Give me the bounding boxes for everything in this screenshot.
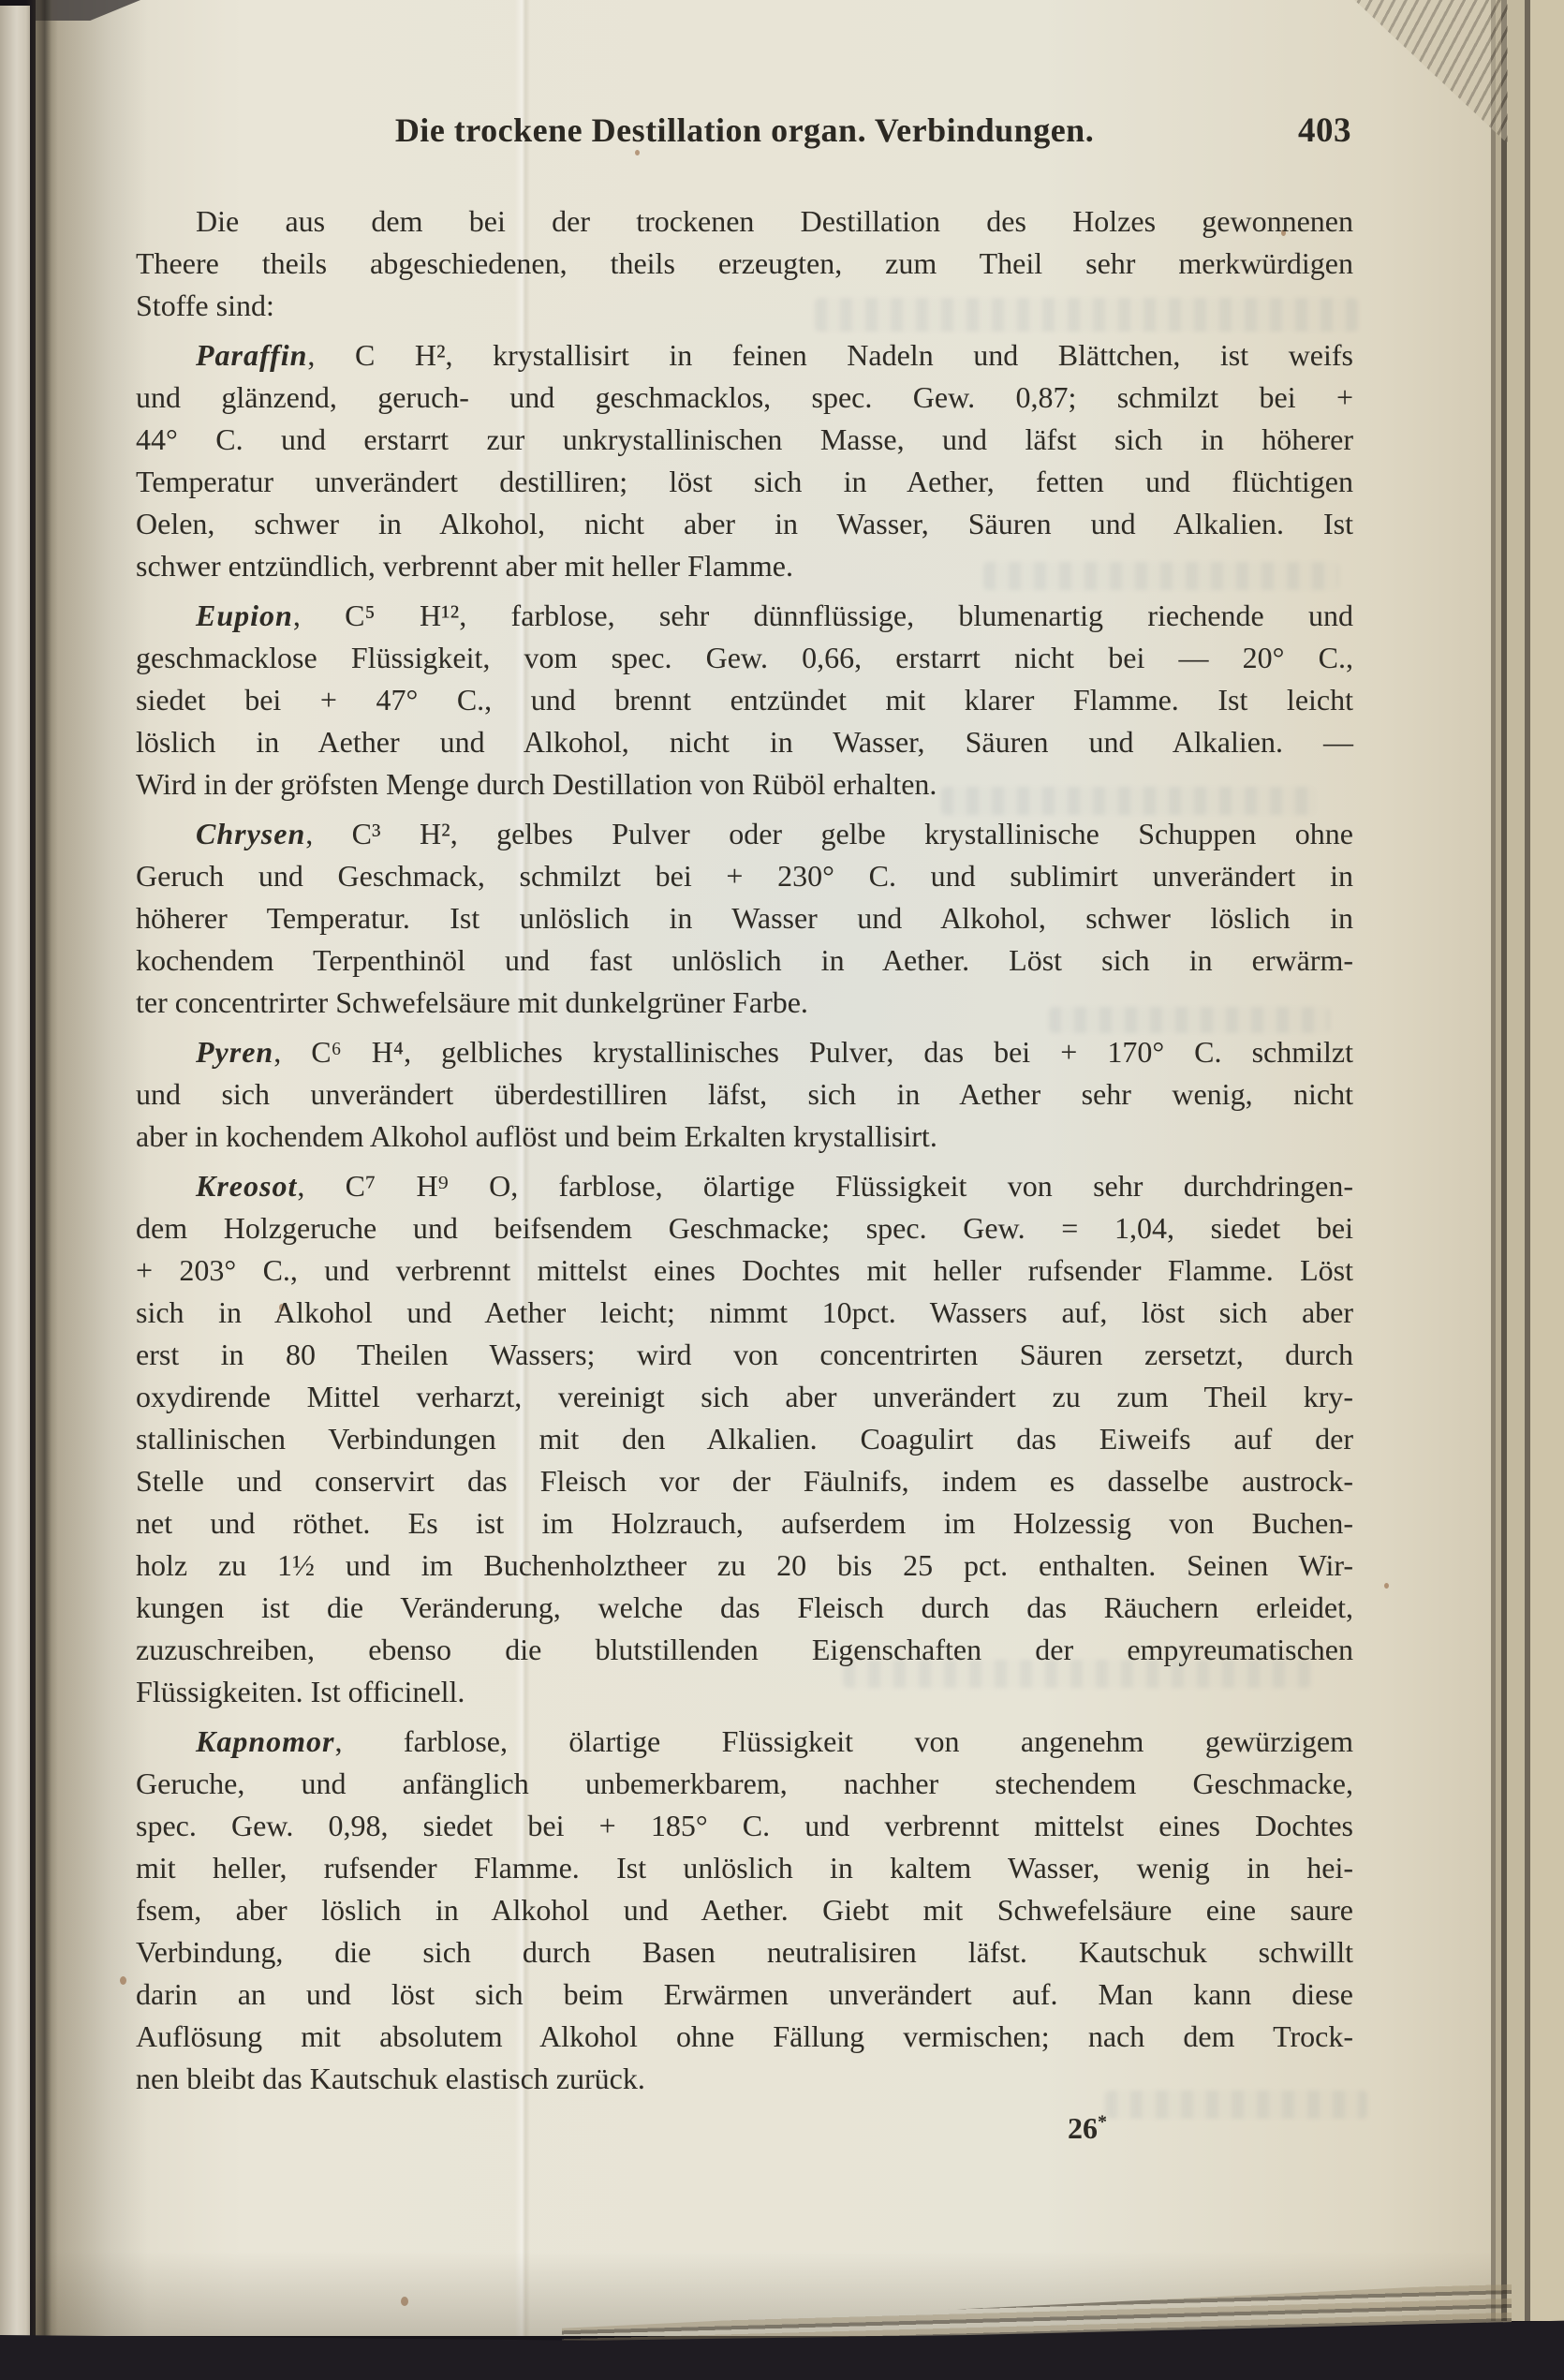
text-line: geschmacklose Flüssigkeit, vom spec. Gew… [136,637,1353,679]
text-line: kochendem Terpenthinöl und fast unlöslic… [136,939,1353,982]
text-line: net und röthet. Es ist im Holzrauch, auf… [136,1502,1353,1545]
text-line: Verbindung, die sich durch Basen neutral… [136,1931,1353,1973]
text-line: Die aus dem bei der trockenen Destillati… [136,200,1353,243]
substance-name: Kapnomor [196,1724,334,1758]
text-line: siedet bei + 47° C., und brennt entzünde… [136,679,1353,721]
text-line: und glänzend, geruch- und geschmacklos, … [136,377,1353,419]
text-line: löslich in Aether und Alkohol, nicht in … [136,721,1353,763]
text-line: Flüssigkeiten. Ist officinell. [136,1671,1353,1713]
foxing-speck [120,1976,126,1985]
gutter-shadow [26,0,58,2336]
paragraph: Die aus dem bei der trockenen Destillati… [136,200,1353,327]
signature-mark: 26* [1068,2111,1107,2146]
text-line: kungen ist die Veränderung, welche das F… [136,1587,1353,1629]
text-line: höherer Temperatur. Ist unlöslich in Was… [136,897,1353,939]
text-line: zuzuschreiben, ebenso die blutstillenden… [136,1629,1353,1671]
text-line: Stoffe sind: [136,285,1353,327]
fanned-page-edges-right [1491,0,1564,2321]
text-line: fsem, aber löslich in Alkohol und Aether… [136,1889,1353,1931]
text-line: mit heller, rufsender Flamme. Ist unlösl… [136,1847,1353,1889]
text-line: dem Holzgeruche und beifsendem Geschmack… [136,1207,1353,1249]
substance-name: Pyren [196,1035,273,1069]
text-line: + 203° C., und verbrennt mittelst eines … [136,1249,1353,1292]
text-line: darin an und löst sich beim Erwärmen unv… [136,1973,1353,2016]
substance-name: Kreosot [196,1169,297,1203]
paragraph: Pyren, C⁶ H⁴, gelbliches krystallinische… [136,1031,1353,1158]
body-text: Die aus dem bei der trockenen Destillati… [136,200,1353,2100]
text-line: Geruche, und anfänglich unbemerkbarem, n… [136,1763,1353,1805]
book-scan: Die trockene Destillation organ. Verbind… [0,0,1564,2380]
paragraph: Paraffin, C H², krystallisirt in feinen … [136,334,1353,587]
text-line: spec. Gew. 0,98, siedet bei + 185° C. un… [136,1805,1353,1847]
text-line: Stelle und conservirt das Fleisch vor de… [136,1460,1353,1502]
page-number: 403 [1298,111,1351,151]
substance-name: Chrysen [196,817,305,850]
text-line: Temperatur unverändert destilliren; löst… [136,461,1353,503]
text-line: Kreosot, C⁷ H⁹ O, farblose, ölartige Flü… [136,1165,1353,1207]
text-line: Wird in der gröfsten Menge durch Destill… [136,763,1353,806]
paragraph: Chrysen, C³ H², gelbes Pulver oder gelbe… [136,813,1353,1024]
text-line: Oelen, schwer in Alkohol, nicht aber in … [136,503,1353,545]
paragraph: Kreosot, C⁷ H⁹ O, farblose, ölartige Flü… [136,1165,1353,1713]
text-line: Geruch und Geschmack, schmilzt bei + 230… [136,855,1353,897]
text-line: nen bleibt das Kautschuk elastisch zurüc… [136,2058,1353,2100]
text-line: holz zu 1½ und im Buchenholztheer zu 20 … [136,1545,1353,1587]
text-line: Eupion, C⁵ H¹², farblose, sehr dünnflüss… [136,595,1353,637]
text-line: sich in Alkohol und Aether leicht; nimmt… [136,1292,1353,1334]
text-line: Kapnomor, farblose, ölartige Flüssigkeit… [136,1721,1353,1763]
text-block: Die trockene Destillation organ. Verbind… [136,111,1353,2100]
foxing-speck [1384,1583,1389,1589]
text-line: stallinischen Verbindungen mit den Alkal… [136,1418,1353,1460]
substance-name: Paraffin [196,338,307,372]
substance-name: Eupion [196,599,293,632]
text-line: Theere theils abgeschiedenen, theils erz… [136,243,1353,285]
header-title: Die trockene Destillation organ. Verbind… [395,111,1094,149]
foxing-speck [401,2297,408,2306]
text-line: oxydirende Mittel verharzt, vereinigt si… [136,1376,1353,1418]
text-line: Chrysen, C³ H², gelbes Pulver oder gelbe… [136,813,1353,855]
book-page: Die trockene Destillation organ. Verbind… [36,0,1512,2336]
paragraph: Eupion, C⁵ H¹², farblose, sehr dünnflüss… [136,595,1353,806]
paragraph: Kapnomor, farblose, ölartige Flüssigkeit… [136,1721,1353,2100]
running-header: Die trockene Destillation organ. Verbind… [136,111,1353,154]
text-line: aber in kochendem Alkohol auflöst und be… [136,1116,1353,1158]
text-line: 44° C. und erstarrt zur unkrystallinisch… [136,419,1353,461]
text-line: Paraffin, C H², krystallisirt in feinen … [136,334,1353,377]
text-line: Pyren, C⁶ H⁴, gelbliches krystallinische… [136,1031,1353,1073]
text-line: Auflösung mit absolutem Alkohol ohne Fäl… [136,2016,1353,2058]
text-line: schwer entzündlich, verbrennt aber mit h… [136,545,1353,587]
text-line: erst in 80 Theilen Wassers; wird von con… [136,1334,1353,1376]
text-line: und sich unverändert überdestilliren läf… [136,1073,1353,1116]
text-line: ter concentrirter Schwefelsäure mit dunk… [136,982,1353,1024]
